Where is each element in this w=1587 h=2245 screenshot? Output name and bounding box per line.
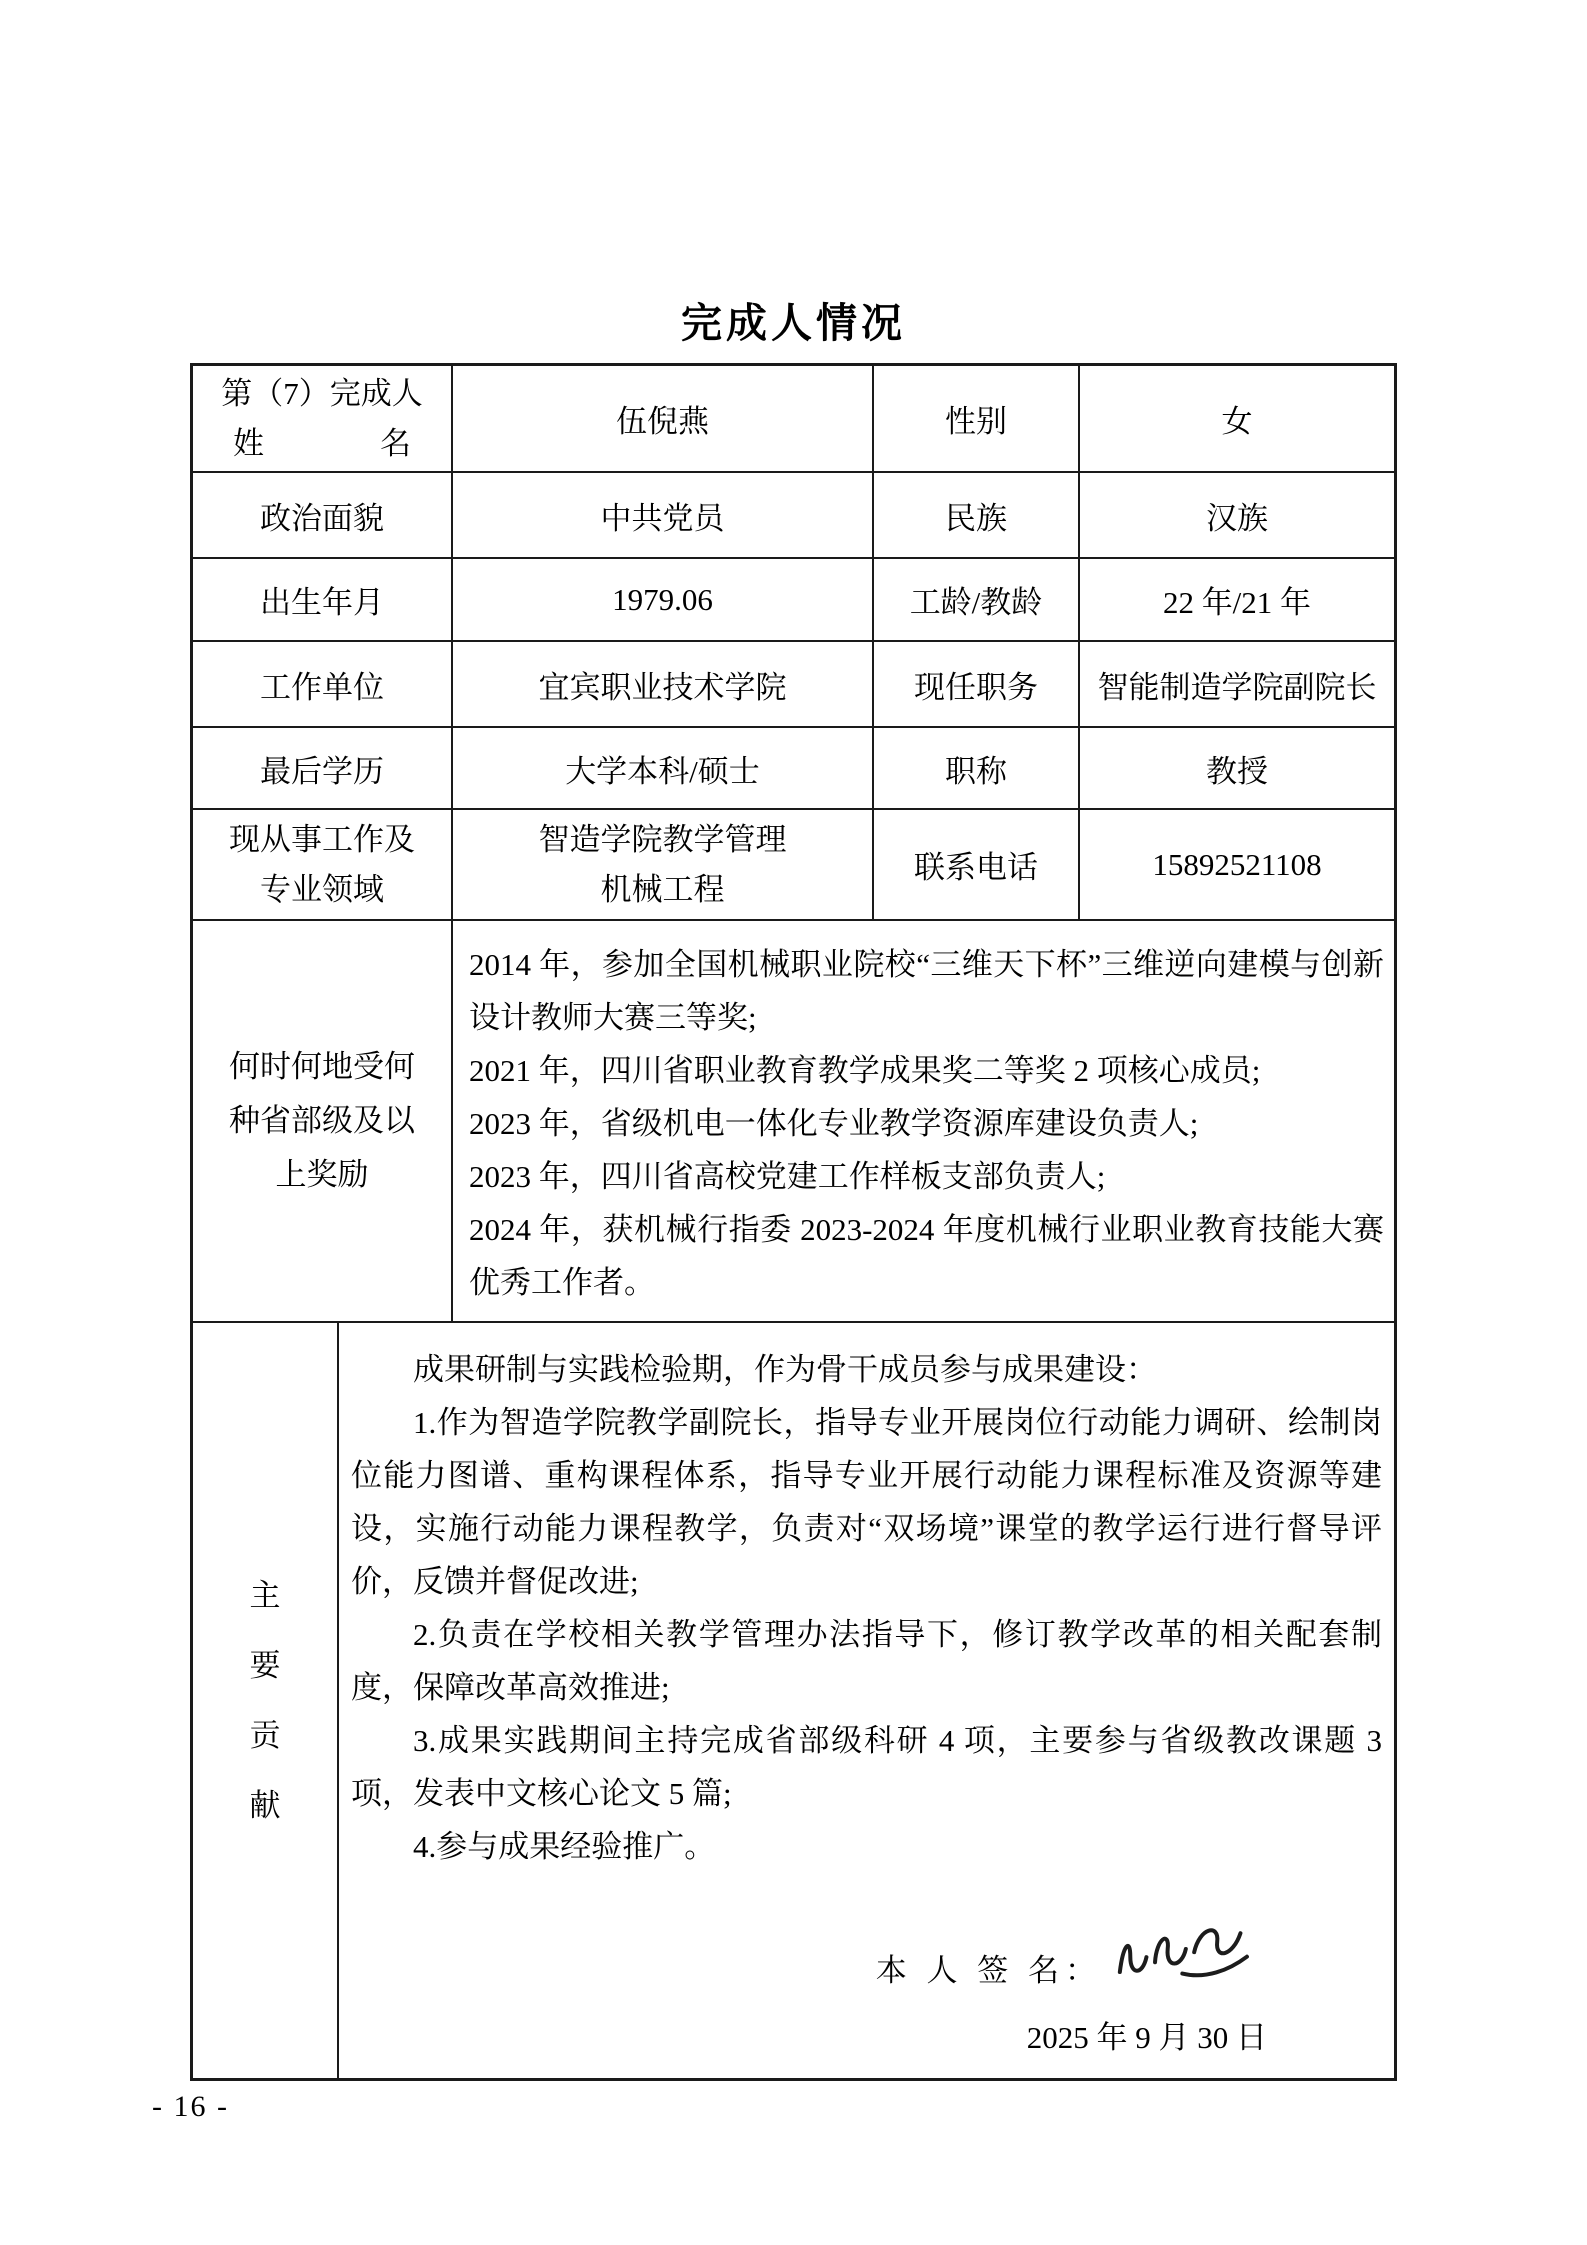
birth-label: 出生年月 <box>193 559 451 640</box>
award-item: 2024 年，获机械行指委 2023-2024 年度机械行业职业教育技能大赛优秀… <box>469 1203 1384 1309</box>
name-value: 伍倪燕 <box>451 366 872 471</box>
table-row-politics: 政治面貌 中共党员 民族 汉族 <box>193 471 1394 557</box>
awards-label-line1: 何时何地受何 <box>229 1040 415 1094</box>
signature-image <box>1107 1913 1264 2006</box>
table-row-workunit: 工作单位 宜宾职业技术学院 现任职务 智能制造学院副院长 <box>193 640 1394 726</box>
education-value: 大学本科/硕士 <box>451 728 872 808</box>
contributions-label-cell: 主要贡献 <box>193 1323 337 2078</box>
title-rank-value: 教授 <box>1078 728 1394 808</box>
document-page: 完成人情况 第（7）完成人 姓 名 伍倪燕 性别 女 政治面貌 中共党员 民族 … <box>0 0 1587 2245</box>
seniority-value: 22 年/21 年 <box>1078 559 1394 640</box>
table-row-field: 现从事工作及 专业领域 智造学院教学管理 机械工程 联系电话 158925211… <box>193 808 1394 919</box>
position-value: 智能制造学院副院长 <box>1078 642 1394 726</box>
field-value-line1: 智造学院教学管理 <box>539 815 787 865</box>
name-label-char-xing: 姓 <box>233 419 264 469</box>
page-number: - 16 - <box>152 2090 229 2124</box>
phone-label: 联系电话 <box>872 810 1078 919</box>
contribution-item: 3.成果实践期间主持完成省部级科研 4 项，主要参与省级教改课题 3 项，发表中… <box>351 1714 1382 1820</box>
award-item: 2023 年，省级机电一体化专业教学资源库建设负责人; <box>469 1097 1384 1150</box>
workunit-value: 宜宾职业技术学院 <box>451 642 872 726</box>
gender-label: 性别 <box>872 366 1078 471</box>
contributions-label: 主要贡献 <box>247 1561 283 1841</box>
table-row-education: 最后学历 大学本科/硕士 职称 教授 <box>193 726 1394 808</box>
name-label-char-ming: 名 <box>380 419 411 469</box>
phone-value: 15892521108 <box>1078 810 1394 919</box>
completer-info-table: 第（7）完成人 姓 名 伍倪燕 性别 女 政治面貌 中共党员 民族 汉族 出生年… <box>190 363 1397 2081</box>
signature-row: 本 人 签 名： <box>351 1931 1382 2009</box>
contribution-item: 1.作为智造学院教学副院长，指导专业开展岗位行动能力调研、绘制岗位能力图谱、重构… <box>351 1396 1382 1608</box>
awards-content-cell: 2014 年，参加全国机械职业院校“三维天下杯”三维逆向建模与创新设计教师大赛三… <box>451 921 1394 1321</box>
seniority-label: 工龄/教龄 <box>872 559 1078 640</box>
table-row-contributions: 主要贡献 成果研制与实践检验期，作为骨干成员参与成果建设： 1.作为智造学院教学… <box>193 1321 1394 2078</box>
ethnicity-value: 汉族 <box>1078 473 1394 557</box>
ethnicity-label: 民族 <box>872 473 1078 557</box>
contribution-intro: 成果研制与实践检验期，作为骨干成员参与成果建设： <box>351 1343 1382 1396</box>
name-label-line1: 第（7）完成人 <box>193 369 451 419</box>
contribution-item: 2.负责在学校相关教学管理办法指导下，修订教学改革的相关配套制度，保障改革高效推… <box>351 1608 1382 1714</box>
field-label-cell: 现从事工作及 专业领域 <box>193 810 451 919</box>
workunit-label: 工作单位 <box>193 642 451 726</box>
field-label-line2: 专业领域 <box>260 865 384 915</box>
award-item: 2014 年，参加全国机械职业院校“三维天下杯”三维逆向建模与创新设计教师大赛三… <box>469 938 1384 1044</box>
gender-value: 女 <box>1078 366 1394 471</box>
title-rank-label: 职称 <box>872 728 1078 808</box>
award-item: 2021 年，四川省职业教育教学成果奖二等奖 2 项核心成员; <box>469 1044 1384 1097</box>
signature-label: 本 人 签 名： <box>876 1944 1102 1997</box>
table-row-name: 第（7）完成人 姓 名 伍倪燕 性别 女 <box>193 366 1394 471</box>
name-label-line2: 姓 名 <box>193 419 451 469</box>
field-value-cell: 智造学院教学管理 机械工程 <box>451 810 872 919</box>
signature-date: 2025 年 9 月 30 日 <box>351 2011 1382 2064</box>
award-item: 2023 年，四川省高校党建工作样板支部负责人; <box>469 1150 1384 1203</box>
table-row-birth: 出生年月 1979.06 工龄/教龄 22 年/21 年 <box>193 557 1394 640</box>
birth-value: 1979.06 <box>451 559 872 640</box>
contributions-content-cell: 成果研制与实践检验期，作为骨干成员参与成果建设： 1.作为智造学院教学副院长，指… <box>337 1323 1394 2078</box>
politics-label: 政治面貌 <box>193 473 451 557</box>
awards-label-cell: 何时何地受何 种省部级及以 上奖励 <box>193 921 451 1321</box>
position-label: 现任职务 <box>872 642 1078 726</box>
name-label-cell: 第（7）完成人 姓 名 <box>193 366 451 471</box>
awards-label-line2: 种省部级及以 <box>229 1094 415 1148</box>
field-value-line2: 机械工程 <box>601 865 725 915</box>
awards-label-line3: 上奖励 <box>276 1148 369 1202</box>
field-label-line1: 现从事工作及 <box>229 815 415 865</box>
contribution-item: 4.参与成果经验推广。 <box>351 1820 1382 1873</box>
page-title: 完成人情况 <box>0 290 1587 349</box>
politics-value: 中共党员 <box>451 473 872 557</box>
table-row-awards: 何时何地受何 种省部级及以 上奖励 2014 年，参加全国机械职业院校“三维天下… <box>193 919 1394 1321</box>
education-label: 最后学历 <box>193 728 451 808</box>
